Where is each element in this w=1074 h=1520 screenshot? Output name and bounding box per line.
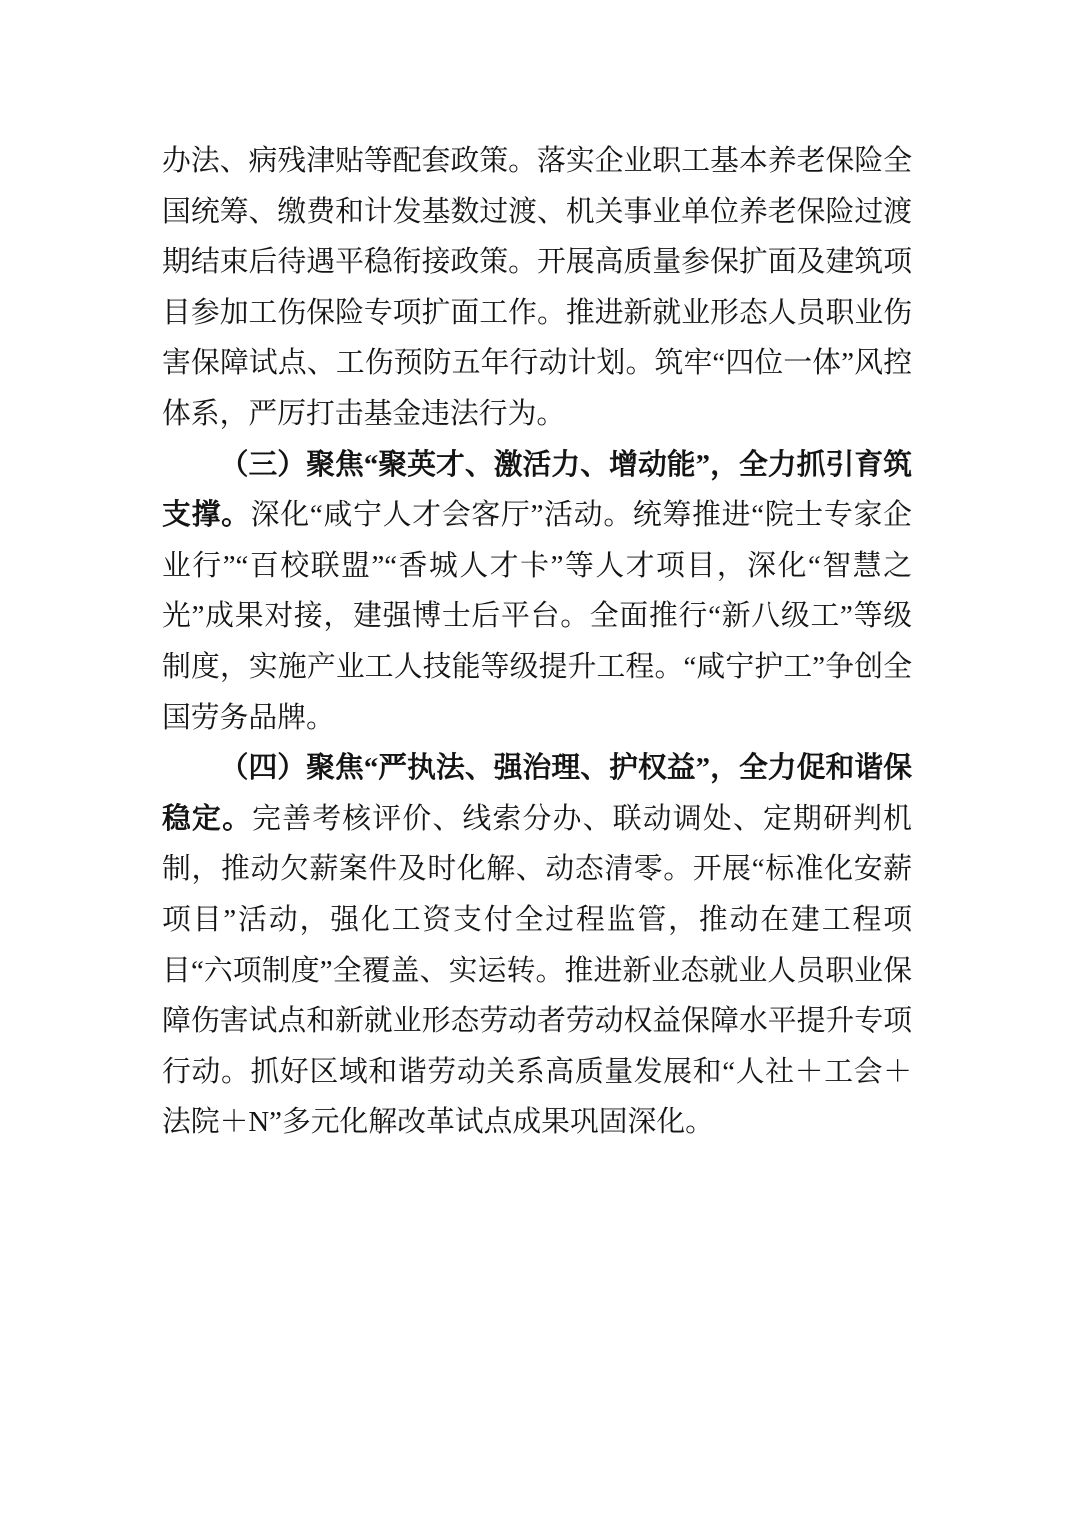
para-section-4: （四）聚焦“严执法、强治理、护权益”，全力促和谐保稳定。完善考核评价、线索分办、… xyxy=(162,743,912,1148)
para-continuation: 办法、病残津贴等配套政策。落实企业职工基本养老保险全国统筹、缴费和计发基数过渡、… xyxy=(162,136,912,440)
body-run: 办法、病残津贴等配套政策。落实企业职工基本养老保险全国统筹、缴费和计发基数过渡、… xyxy=(162,145,912,430)
body-run: 完善考核评价、线索分办、联动调处、定期研判机制，推动欠薪案件及时化解、动态清零。… xyxy=(162,803,912,1139)
document-page: 办法、病残津贴等配套政策。落实企业职工基本养老保险全国统筹、缴费和计发基数过渡、… xyxy=(0,0,1074,1520)
para-section-3: （三）聚焦“聚英才、激活力、增动能”，全力抓引育筑支撑。深化“咸宁人才会客厅”活… xyxy=(162,440,912,744)
document-body: 办法、病残津贴等配套政策。落实企业职工基本养老保险全国统筹、缴费和计发基数过渡、… xyxy=(162,136,912,1148)
body-run: 深化“咸宁人才会客厅”活动。统筹推进“院士专家企业行”“百校联盟”“香城人才卡”… xyxy=(162,499,912,733)
